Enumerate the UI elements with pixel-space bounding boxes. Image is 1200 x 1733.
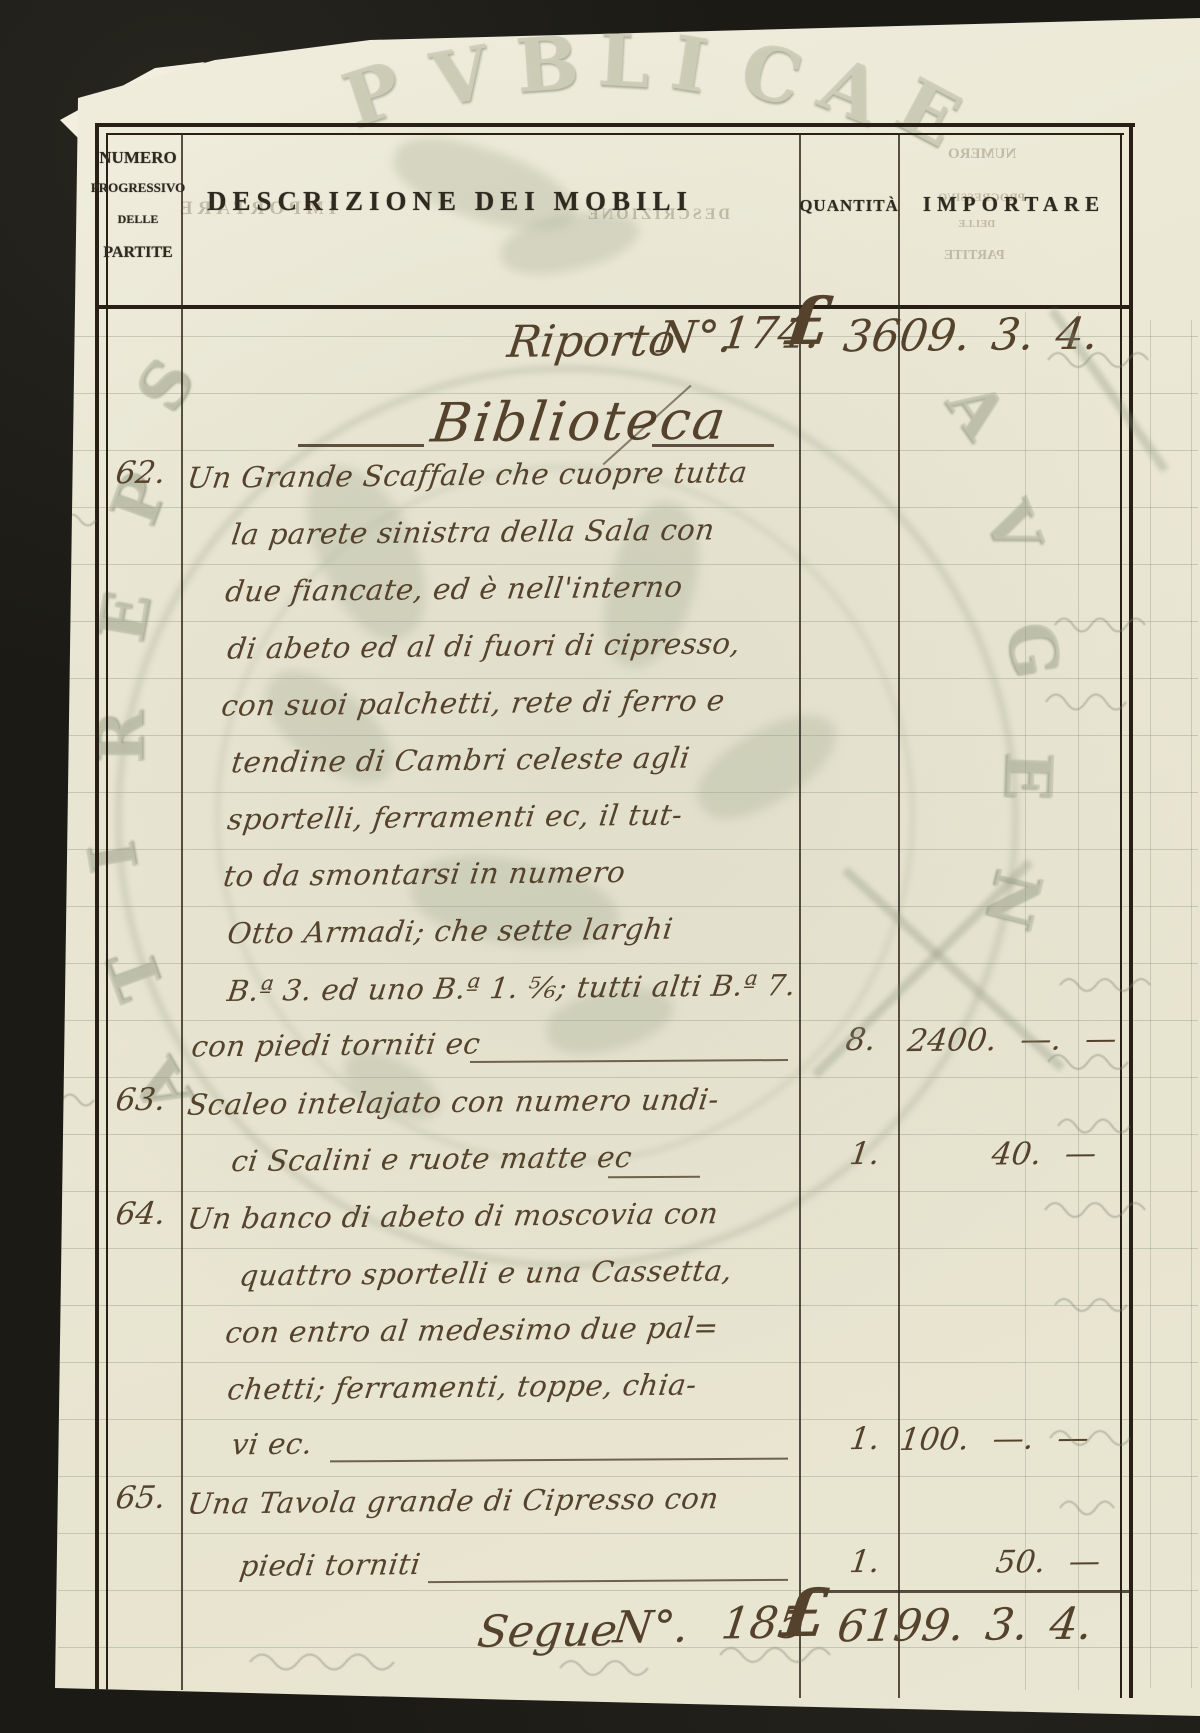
entry-number: 64. xyxy=(114,1196,168,1233)
col-numero-line: NUMERO xyxy=(99,148,176,168)
entry-line: sportelli, ferramenti ec, il tut- xyxy=(225,798,684,837)
ledger-page: P V B L I C A E S P E R I T A A V G E N … xyxy=(0,0,1200,1733)
entry-importo: 40. — xyxy=(990,1135,1099,1172)
entry-line: di abeto ed al di fuori di cipresso, xyxy=(225,626,742,665)
entry-line: quattro sportelli e una Cassetta, xyxy=(237,1253,734,1292)
bleed-delle: DELLE xyxy=(958,218,995,230)
entry-number: 63. xyxy=(114,1082,168,1119)
riporto-importo: 3609. 3. 4. xyxy=(841,309,1102,363)
entry-line: con suoi palchetti, rete di ferro e xyxy=(219,683,727,722)
col-quantita: QUANTITÀ xyxy=(799,196,899,216)
bleed-partite: PARTITE xyxy=(944,248,1005,264)
margin-rule xyxy=(1191,320,1192,1688)
entry-line: Una Tavola grande di Cipresso con xyxy=(185,1481,721,1521)
entry-line: la parete sinistra della Sala con xyxy=(229,512,716,551)
entry-line: Scaleo intelajato con numero undi- xyxy=(185,1082,721,1122)
entry-line: vi ec. xyxy=(230,1427,315,1462)
entry-line: chetti; ferramenti, toppe, chia- xyxy=(225,1368,698,1407)
entry-line: ci Scalini e ruote matte ec xyxy=(230,1140,635,1178)
entry-line: Un banco di abeto di moscovia con xyxy=(185,1196,720,1236)
entry-line: con entro al medesimo due pal= xyxy=(223,1310,720,1349)
entry-quantita: 1. xyxy=(848,1421,882,1457)
entry-quantita: 1. xyxy=(848,1136,882,1172)
entry-line: con piedi torniti ec xyxy=(190,1026,483,1063)
segue-importo: 6199. 3. 4. xyxy=(835,1599,1096,1653)
entry-line: Otto Armadi; che sette larghi xyxy=(225,912,675,951)
entry-line: piedi torniti xyxy=(238,1547,423,1583)
bleed-numero: NUMERO xyxy=(948,146,1016,163)
entry-importo: 100. —. — xyxy=(898,1420,1092,1458)
entry-line: B.ª 3. ed uno B.ª 1. ⅚; tutti alti B.ª 7… xyxy=(225,968,798,1008)
segue-label: Segue xyxy=(475,1605,621,1657)
col-numero-line: PROGRESSIVO xyxy=(91,180,185,196)
entry-line: due fiancate, ed è nell'interno xyxy=(223,570,684,609)
col-descrizione: DESCRIZIONE DEI MOBILI xyxy=(207,186,693,217)
entry-quantita: 1. xyxy=(848,1544,882,1580)
margin-rule xyxy=(1150,320,1151,1688)
entry-importo: 50. — xyxy=(994,1543,1103,1580)
entry-number: 62. xyxy=(114,455,168,492)
col-importare: IMPORTARE xyxy=(923,192,1105,217)
entry-number: 65. xyxy=(114,1480,168,1517)
entry-line: to da smontarsi in numero xyxy=(222,855,628,893)
entry-line: Un Grande Scaffale che cuopre tutta xyxy=(185,455,749,495)
entry-quantita: 8. xyxy=(844,1022,878,1058)
entry-importo: 2400. —. — xyxy=(906,1021,1119,1059)
col-numero-line: DELLE xyxy=(118,212,159,227)
col-numero-line: PARTITE xyxy=(103,244,172,262)
riporto-label: Riporto xyxy=(505,315,679,368)
segue-n: N°. xyxy=(611,1602,692,1654)
entry-line: tendine di Cambri celeste agli xyxy=(229,741,692,780)
